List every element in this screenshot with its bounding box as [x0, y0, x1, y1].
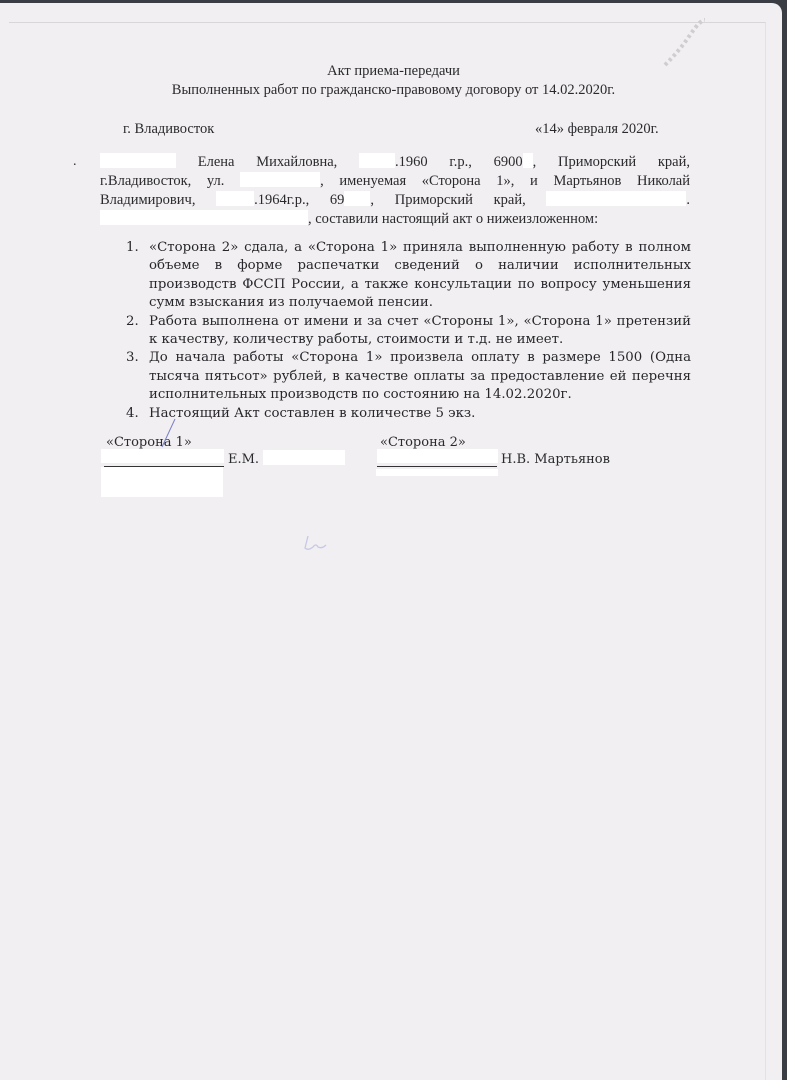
signature-pen-stroke: [140, 417, 200, 477]
document-date: «14» февраля 2020г.: [535, 121, 659, 138]
parties-paragraph: Елена Михайловна, .1960 г.р., 6900, Прим…: [100, 153, 690, 229]
redaction: [216, 191, 254, 206]
parties-line-4: , составили настоящий акт о нижеизложенн…: [100, 210, 690, 229]
parties-line-3: Владимирович, .1964г.р., 69, Приморский …: [100, 191, 690, 210]
redaction: [100, 210, 308, 225]
parties-line-2: г.Владивосток, ул. , именуемая «Сторона …: [100, 172, 690, 191]
list-item: 2.Работа выполнена от имени и за счет «С…: [126, 313, 691, 350]
redaction: [523, 153, 533, 168]
terms-list: 1.«Сторона 2» сдала, а «Сторона 1» приня…: [126, 239, 691, 423]
party-2-label: «Сторона 2»: [380, 435, 466, 450]
document-title: Акт приема-передачи: [0, 63, 787, 80]
party-2-signature-line: [377, 466, 497, 467]
list-item: 3.До начала работы «Сторона 1» произвела…: [126, 349, 691, 404]
redaction: [359, 153, 395, 168]
scan-smudge: [660, 15, 710, 70]
parties-line-1: Елена Михайловна, .1960 г.р., 6900, Прим…: [100, 153, 690, 172]
list-item: 4.Настоящий Акт составлен в количестве 5…: [126, 405, 691, 423]
party-2-name: Н.В. Мартьянов: [501, 452, 610, 467]
document-city: г. Владивосток: [123, 121, 214, 138]
parties-bullet: .: [73, 154, 77, 170]
scanned-page: Акт приема-передачи Выполненных работ по…: [0, 3, 782, 1080]
redaction: [377, 449, 498, 463]
list-item: 1.«Сторона 2» сдала, а «Сторона 1» приня…: [126, 239, 691, 313]
document-subtitle: Выполненных работ по гражданско-правовом…: [0, 82, 787, 99]
redaction: [263, 450, 345, 465]
pen-mark: [300, 533, 340, 558]
redaction: [100, 153, 176, 168]
redaction: [344, 191, 370, 206]
party-1-name: Е.М.: [228, 452, 259, 467]
redaction: [376, 469, 498, 476]
redaction: [546, 191, 686, 206]
redaction: [240, 172, 320, 187]
